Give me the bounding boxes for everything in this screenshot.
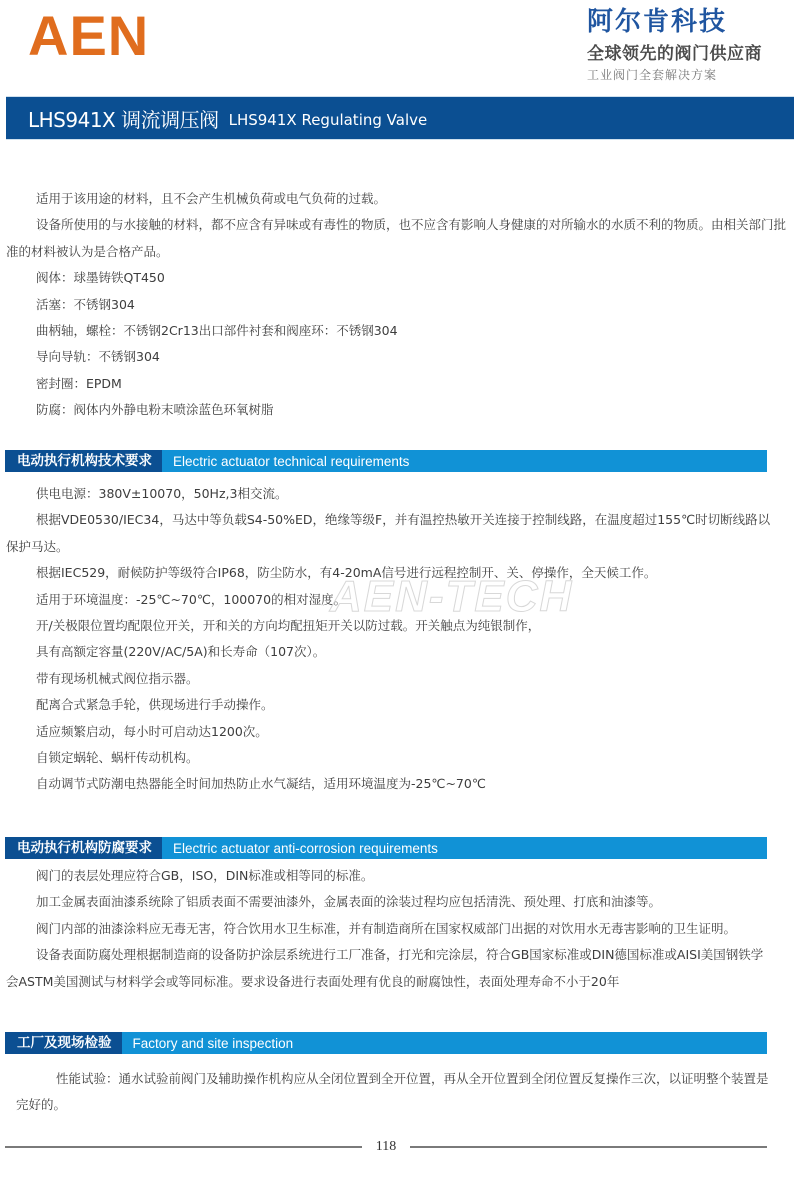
inspection-section: 性能试验：通水试验前阀门及辅助操作机构应从全闭位置到全开位置，再从全开位置到全闭… bbox=[0, 1066, 800, 1119]
section-header-technical: 电动执行机构技术要求 Electric actuator technical r… bbox=[5, 450, 767, 472]
aen-logo: AEN bbox=[28, 6, 149, 66]
anticorrosion-item: 阀门内部的油漆涂料应无毒无害，符合饮用水卫生标准，并有制造商所在国家权威部门出据… bbox=[0, 916, 800, 942]
material-item: 密封圈：EPDM bbox=[0, 371, 800, 397]
requirement-paragraph: 根据VDE0530/IEC34，马达中等负载S4-50%ED，绝缘等级F，并有温… bbox=[0, 507, 800, 560]
footer-rule-left bbox=[5, 1146, 362, 1148]
page-title-en: LHS941X Regulating Valve bbox=[229, 111, 428, 129]
requirement-item: 自锁定蜗轮、蜗杆传动机构。 bbox=[0, 745, 800, 771]
material-item: 导向导轨：不锈钢304 bbox=[0, 344, 800, 370]
anticorrosion-item: 加工金属表面油漆系统除了铝质表面不需要油漆外，金属表面的涂装过程均应包括清洗、预… bbox=[0, 889, 800, 915]
materials-paragraph: 适用于该用途的材料，且不会产生机械负荷或电气负荷的过载。 bbox=[0, 186, 800, 212]
section-header-inspection: 工厂及现场检验 Factory and site inspection bbox=[5, 1032, 767, 1054]
page-number: 118 bbox=[362, 1139, 410, 1155]
requirement-item: 具有高额定容量(220V/AC/5A)和长寿命（107次）。 bbox=[0, 639, 800, 665]
section-title-en: Factory and site inspection bbox=[133, 1036, 294, 1051]
materials-section: 适用于该用途的材料，且不会产生机械负荷或电气负荷的过载。 设备所使用的与水接触的… bbox=[0, 186, 800, 424]
section-title-en: Electric actuator technical requirements bbox=[173, 454, 409, 469]
section-title-en: Electric actuator anti-corrosion require… bbox=[173, 841, 438, 856]
brand-subtitle: 工业阀门全套解决方案 bbox=[587, 67, 792, 83]
requirement-item: 带有现场机械式阀位指示器。 bbox=[0, 666, 800, 692]
material-item: 防腐：阀体内外静电粉末喷涂蓝色环氧树脂 bbox=[0, 397, 800, 423]
brand-slogan: 全球领先的阀门供应商 bbox=[587, 42, 792, 66]
material-item: 活塞：不锈钢304 bbox=[0, 292, 800, 318]
section-title-cn: 工厂及现场检验 bbox=[5, 1032, 122, 1054]
footer-rule-right bbox=[410, 1146, 767, 1148]
page-title-bar: LHS941X 调流调压阀 LHS941X Regulating Valve bbox=[6, 96, 794, 140]
inspection-paragraph: 性能试验：通水试验前阀门及辅助操作机构应从全闭位置到全开位置，再从全开位置到全闭… bbox=[0, 1066, 800, 1119]
brand-block: 阿尔肯科技 全球领先的阀门供应商 工业阀门全套解决方案 bbox=[587, 6, 792, 83]
requirement-paragraph: 供电电源：380V±10070，50Hz,3相交流。 bbox=[0, 481, 800, 507]
page-footer: 118 bbox=[5, 1137, 767, 1157]
page-title-cn: LHS941X 调流调压阀 bbox=[28, 104, 219, 133]
requirement-item: 配离合式紧急手轮，供现场进行手动操作。 bbox=[0, 692, 800, 718]
anticorrosion-item: 阀门的表层处理应符合GB，ISO，DIN标准或相等同的标准。 bbox=[0, 863, 800, 889]
technical-requirements: 供电电源：380V±10070，50Hz,3相交流。 根据VDE0530/IEC… bbox=[0, 481, 800, 798]
anticorrosion-paragraph: 设备表面防腐处理根据制造商的设备防护涂层系统进行工厂准备，打光和完涂层，符合GB… bbox=[0, 942, 800, 995]
material-item: 曲柄轴，螺栓：不锈钢2Cr13出口部件衬套和阀座环：不锈钢304 bbox=[0, 318, 800, 344]
requirement-item: 适应频繁启动，每小时可启动达1200次。 bbox=[0, 719, 800, 745]
section-title-cn: 电动执行机构技术要求 bbox=[5, 450, 162, 472]
anticorrosion-requirements: 阀门的表层处理应符合GB，ISO，DIN标准或相等同的标准。 加工金属表面油漆系… bbox=[0, 863, 800, 995]
section-header-anticorrosion: 电动执行机构防腐要求 Electric actuator anti-corros… bbox=[5, 837, 767, 859]
section-title-cn: 电动执行机构防腐要求 bbox=[5, 837, 162, 859]
materials-paragraph: 设备所使用的与水接触的材料，都不应含有异味或有毒性的物质，也不应含有影响人身健康… bbox=[0, 212, 800, 265]
requirement-item: 自动调节式防潮电热器能全时间加热防止水气凝结，适用环境温度为-25℃~70℃ bbox=[0, 771, 800, 797]
watermark: AEN-TECH bbox=[330, 572, 573, 622]
material-item: 阀体：球墨铸铁QT450 bbox=[0, 265, 800, 291]
brand-name-cn: 阿尔肯科技 bbox=[587, 6, 792, 38]
